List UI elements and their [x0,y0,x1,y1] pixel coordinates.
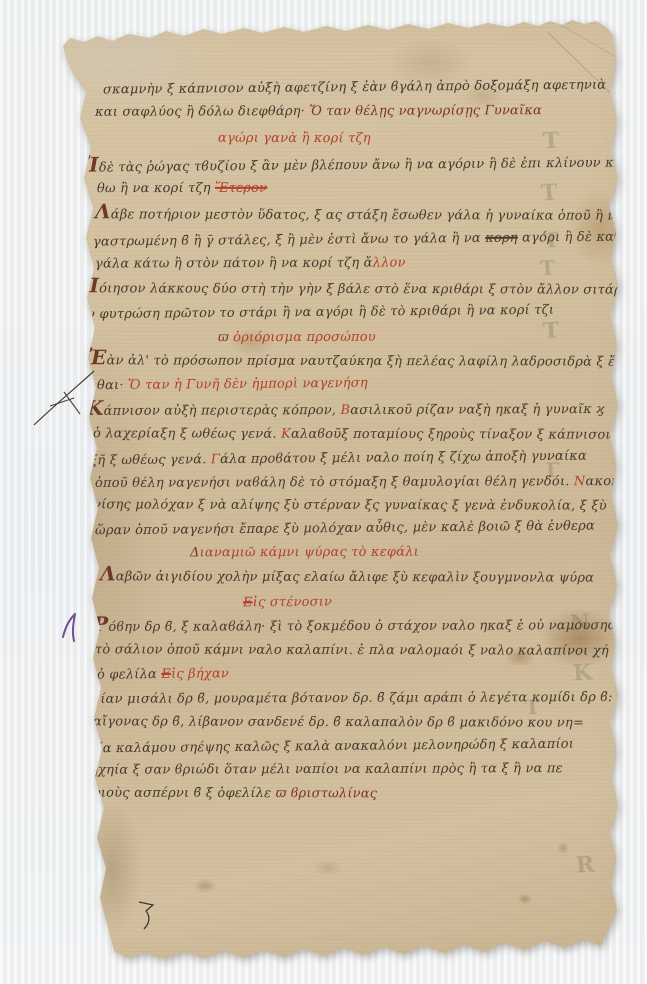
text-line: ηχηία ξ σαν ϐριώδι ὅταν μέλι ναπίοι να κ… [90,761,563,778]
rubric-run: Γ [211,452,220,467]
text-line: ὥραν ὁποῦ ναγενήσι ἔπαρε ξὺ μολόχαν αὖθι… [95,519,595,539]
text-line: αγώρι γανὰ ἢ κορί τζη [218,131,371,146]
text-run: ὰν ἀλ' τὸ πρόσωπον πρίσμα ναυτζαύκηα ξὴ … [107,353,630,369]
text-line: ϖ ὁριόρισμα προσώπου [218,330,376,346]
text-run: ξῆ ξ ωθέως γενά. [90,452,211,468]
text-run: σκαμνὴν ξ κάπνισον αὐξὴ αφετζίνη ξ ἐὰν ϐ… [103,78,619,98]
text-line: ὁ λαχερίαξη ξ ωθέως γενά. Καλαϐοῦξ ποταμ… [93,426,635,442]
text-run: θω ἢ να κορί τζη [97,181,215,196]
initial-letter: Λ [100,561,116,585]
text-line: και σαφλύος ἢ δόλω διεφθάρη· Ὅ ταν θέλῃς… [95,103,542,120]
bleedthrough-glyph: T [540,179,558,206]
manuscript-page: σκαμνὴν ξ κάπνισον αὐξὴ αφετζίνη ξ ἐὰν ϐ… [0,0,647,984]
text-run: τία καλάμου σηέψης καλῶς ξ καλὰ ανακαλόν… [90,737,574,757]
text-run: όϐην δρ ϐ̄, ξ καλαϐάλη· ξὶ τὸ ξοκμέδου ὁ… [108,618,644,635]
initial-letter: Π [80,273,99,297]
rubric-run: Β [340,403,350,418]
paper-shadow: σκαμνὴν ξ κάπνισον αὐξὴ αφετζίνη ξ ἐὰν ϐ… [0,0,647,984]
text-run: ὁ λαχερίαξη ξ ωθέως γενά. [93,426,281,441]
rubric-run: ϖ ϐριστωλίνας [276,786,378,801]
text-run: ακοπα [585,474,629,489]
text-run: νίσης μολόχαν ξ νὰ αλίψης ξὺ στέρναν ξς … [93,497,607,513]
text-line: Πόιησον λάκκους δύο στὴ τὴν γὴν ξ βάλε σ… [80,280,647,297]
text-run: ασιλικοῦ ρίζαν ναξὴ ηκαξ ἡ γυναῖκ ϗ [350,402,604,418]
text-line: Εἰς στένοσιν [243,595,332,611]
text-run: ριοὺς ασπέρνι ϐ̄ ξ ὀφελίλε [93,786,276,801]
text-line: Ἰδὲ τὰς ῥώγας τϐυζίου ξ ἂν μὲν βλέπουν ἄ… [86,154,623,175]
text-run: αλαϐοῦξ ποταμίους ξηροὺς τίναξον ξ κάπνι… [291,427,635,443]
text-line: γάλα κάτω ἢ στὸν πάτον ἢ να κορί τζη ἄλλ… [95,255,406,271]
bleedthrough-glyph: Γ [545,458,561,483]
initial-letter: Ἐ [88,345,107,369]
text-run: κορη [485,231,518,246]
text-line: Λάβε ποτήριον μεστὸν ὕδατος, ξ ας στάξη … [95,206,625,223]
bleedthrough-glyph: N [569,609,591,636]
text-run: ὰν φυτρώση πρῶτον το στάρι ἢ να αγόρι ἢ … [78,303,554,323]
text-run: ὥραν ὁποῦ ναγενήσι ἔπαρε ξὺ μολόχαν αὖθι… [95,519,595,539]
rubric-run: Ὅ ταν θέλῃς ναγνωρίσῃς Γυναῖκα [309,103,542,119]
rubric-run: ιαναμιῶ κάμνι ψύρας τὸ κεφάλι [200,545,419,561]
initial-letter: Μ [78,684,100,708]
bleedthrough-glyph: T [542,317,560,344]
text-line: Λαβῶν ἀιγιδίου χολὴν μίξας ελαίω ἄλιφε ξ… [100,568,594,585]
rubric-run: Ε [161,667,171,682]
text-line: σκαμνὴν ξ κάπνισον αὐξὴ αφετζίνη ξ ἐὰν ϐ… [103,78,619,98]
text-run: ὀ φελίλα [97,667,161,683]
text-line: ὀ φελίλα Εἰς βήχαν [97,666,229,682]
text-line: αἴγονας δρ ϐ̄, λίβανον σανδενέ δρ. ϐ̄ κα… [93,714,584,730]
rubric-run: Δ [190,545,200,560]
bleedthrough-glyph: R [575,851,595,878]
bleedthrough-glyph: K [572,659,593,686]
rubric-run: Ε [243,595,253,610]
text-run: γαστρωμένη ϐ̄ ἢ γ̄ στάλες, ξ ἢ μὲν ἐστὶ … [93,231,485,250]
text-line: τία καλάμου σηέψης καλῶς ξ καλὰ ανακαλόν… [90,737,574,757]
text-line: ὰν φυτρώση πρῶτον το στάρι ἢ να αγόρι ἢ … [78,303,554,323]
text-run: άπνισον αὐξὴ περιστερὰς κόπρον, [104,403,341,419]
rubric-run: ἰς βήχαν [171,666,229,682]
text-line: ξῆ ξ ωθέως γενά. Γάλα προϐάτου ξ μέλι να… [90,449,587,469]
text-run: τὸ σάλιον ὁποῦ κάμνι ναλο καλαπίνι. ἐ πλ… [95,642,609,658]
rubric-run: Ἕτερον [215,181,267,196]
text-line: νίσης μολόχαν ξ νὰ αλίψης ξὺ στέρναν ξς … [93,497,607,513]
initial-letter: Κ [86,396,104,420]
text-run: αἴγονας δρ ϐ̄, λίβανον σανδενέ δρ. ϐ̄ κα… [93,714,584,730]
rubric-run: Κ [281,427,291,442]
text-line: θαι· Ὅ ταν ἡ Γυνῆ δὲν ἠμπορὶ ναγενήση [97,376,368,394]
text-run: δὲ τὰς ῥώγας τϐυζίου ξ ἂν μὲν βλέπουν ἄν… [99,155,623,175]
text-run: αβῶν ἀιγιδίου χολὴν μίξας ελαίω ἄλιφε ξὺ… [116,569,594,585]
text-line: Ἐὰν ἀλ' τὸ πρόσωπον πρίσμα ναυτζαύκηα ξὴ… [88,352,629,369]
text-run: όιησον λάκκους δύο στὴ τὴν γὴν ξ βάλε στ… [99,281,647,297]
text-line: Ῥόϐην δρ ϐ̄, ξ καλαϐάλη· ξὶ τὸ ξοκμέδου … [90,617,645,635]
text-run: άβε ποτήριον μεστὸν ὕδατος, ξ ας στάξη ἔ… [111,207,625,223]
rubric-run: λλον [373,255,406,270]
initial-letter: Λ [95,199,111,223]
text-run: και σαφλύος ἢ δόλω διεφθάρη· [95,104,309,120]
bleedthrough-glyph: T [543,228,560,253]
rubric-run: αγώρι γανὰ ἢ κορί τζη [218,131,371,146]
bleedthrough-glyph: T [524,695,541,720]
corner-crease [560,24,621,60]
rubric-run: ϖ [218,330,233,345]
text-line: Διαναμιῶ κάμνι ψύρας τὸ κεφάλι [190,545,419,561]
text-run: ηχηία ξ σαν ϐριώδι ὅταν μέλι ναπίοι να κ… [90,761,563,778]
text-line: γαστρωμένη ϐ̄ ἢ γ̄ στάλες, ξ ἢ μὲν ἐστὶ … [93,229,647,249]
text-run: αγόρι ἢ δὲ καθιστὸ [518,229,647,245]
scanned-manuscript: σκαμνὴν ξ κάπνισον αὐξὴ αφετζίνη ξ ἐὰν ϐ… [0,0,647,984]
text-line: ριοὺς ασπέρνι ϐ̄ ξ ὀφελίλε ϖ ϐριστωλίνας [93,786,377,802]
rubric-run: Ν [574,474,586,489]
bleedthrough-glyph: T [542,127,560,154]
text-run: γάλα κάτω ἢ στὸν πάτον ἢ να κορί τζη ἄ [95,256,373,272]
text-line: τὸ σάλιον ὁποῦ κάμνι ναλο καλαπίνι. ἐ πλ… [95,642,609,658]
text-run: ὁποῦ θέλη ναγενήσι ναϐάλη δὲ τὸ στόμαξη … [95,474,574,491]
rubric-run: ὁριόρισμα προσώπου [233,330,376,345]
bleedthrough-glyph: T [539,256,556,281]
rubric-run: ἰς στένοσιν [253,595,332,611]
rubric-run: Ὅ ταν ἡ Γυνῆ δὲν ἠμπορὶ ναγενήση [128,376,368,393]
initial-letter: Ῥ [90,612,108,636]
text-line: θω ἢ να κορί τζη Ἕτερον [97,181,267,197]
initial-letter: Ἰ [86,152,99,176]
text-run: άλα προϐάτου ξ μέλι ναλο ποίη ξ ζίχω ἀπο… [220,449,587,468]
text-run: θαι· [97,378,128,393]
text-line: Κάπνισον αὐξὴ περιστερὰς κόπρον, Βασιλικ… [86,401,605,419]
